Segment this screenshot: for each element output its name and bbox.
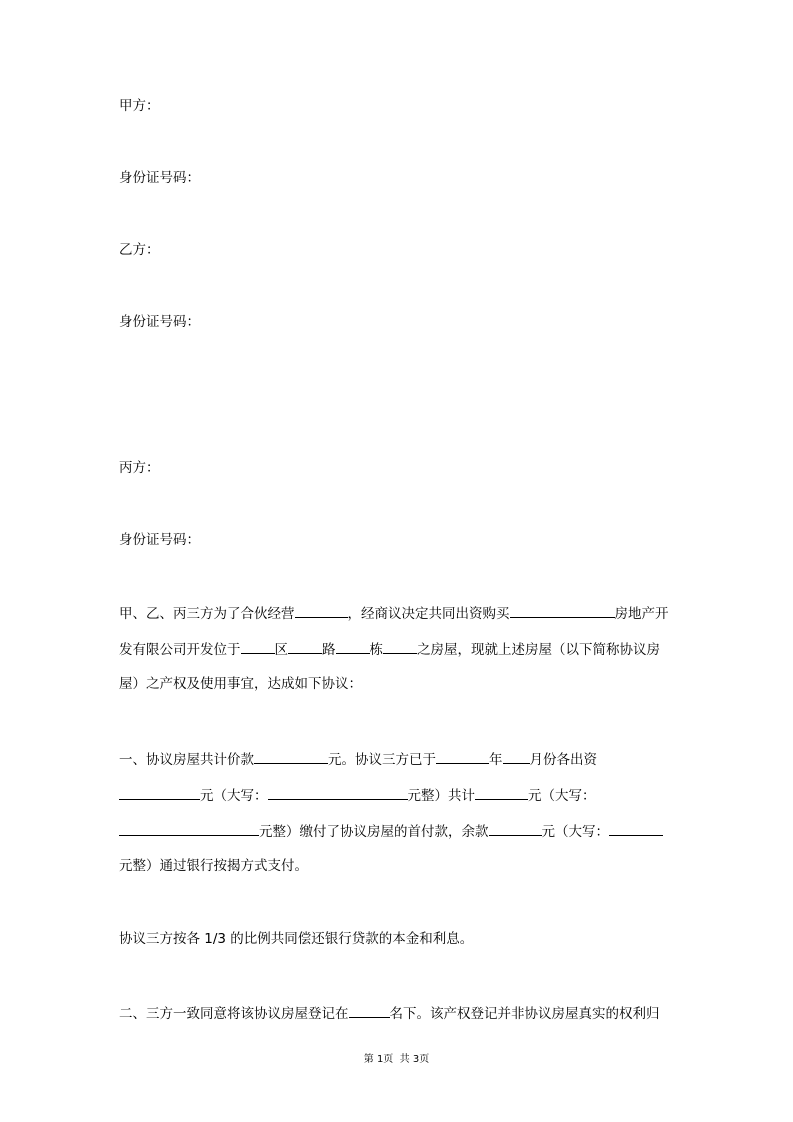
preamble-text: ，经商议决定共同出资购买 xyxy=(348,606,510,622)
clause-text: 元（大写： xyxy=(528,788,596,804)
page-footer: 第 1页 共 3页 xyxy=(0,1053,793,1067)
document-page: 甲方： 身份证号码： 乙方： 身份证号码： 丙方： 身份证号码： 甲、乙、丙三方… xyxy=(0,0,793,1122)
preamble-text: 区 xyxy=(275,642,289,658)
business-blank[interactable] xyxy=(295,603,348,618)
each-amount-blank[interactable] xyxy=(119,785,200,800)
clause-text: 元整）缴付了协议房屋的首付款，余款 xyxy=(259,824,489,840)
preamble-text: 房地产开 xyxy=(615,606,669,622)
preamble-text: 甲、乙、丙三方为了合伙经营 xyxy=(119,606,295,622)
month-blank[interactable] xyxy=(503,749,530,764)
clause-text: 名下。该产权登记并非协议房屋真实的权利归 xyxy=(390,1006,660,1022)
total-price-blank[interactable] xyxy=(254,749,328,764)
party-b-label: 乙方： xyxy=(119,241,160,259)
year-blank[interactable] xyxy=(436,749,489,764)
preamble-text: 之房屋，现就上述房屋（以下简称协议房 xyxy=(417,642,660,658)
clause1-line-2: 元（大写：元整）共计元（大写： xyxy=(119,785,596,805)
each-amount-words-blank[interactable] xyxy=(268,785,408,800)
clause1-line-3: 元整）缴付了协议房屋的首付款，余款元（大写： xyxy=(119,821,663,841)
total-paid-blank[interactable] xyxy=(475,785,528,800)
clause1-line-4: 元整）通过银行按揭方式支付。 xyxy=(119,857,308,875)
preamble-text: 发有限公司开发位于 xyxy=(119,642,241,658)
clause2-line-1: 二、三方一致同意将该协议房屋登记在名下。该产权登记并非协议房屋真实的权利归 xyxy=(119,1003,660,1023)
party-c-id-label: 身份证号码： xyxy=(119,531,200,549)
preamble-line-1: 甲、乙、丙三方为了合伙经营，经商议决定共同出资购买房地产开 xyxy=(119,603,669,623)
party-b-id-label: 身份证号码： xyxy=(119,313,200,331)
clause-text: 年 xyxy=(489,752,503,768)
total-paid-words-blank[interactable] xyxy=(119,821,259,836)
unit-blank[interactable] xyxy=(383,639,417,654)
balance-blank[interactable] xyxy=(489,821,542,836)
district-blank[interactable] xyxy=(241,639,275,654)
preamble-text: 路 xyxy=(322,642,336,658)
clause-text: 一、协议房屋共计价款 xyxy=(119,752,254,768)
building-blank[interactable] xyxy=(336,639,370,654)
developer-blank[interactable] xyxy=(510,603,615,618)
repayment-line: 协议三方按各 1/3 的比例共同偿还银行贷款的本金和利息。 xyxy=(119,930,473,948)
preamble-line-2: 发有限公司开发位于区路栋之房屋，现就上述房屋（以下简称协议房 xyxy=(119,639,660,659)
clause-text: 元（大写： xyxy=(200,788,268,804)
balance-words-blank[interactable] xyxy=(609,821,663,836)
clause-text: 元整）共计 xyxy=(408,788,476,804)
preamble-line-3: 屋）之产权及使用事宜，达成如下协议： xyxy=(119,675,362,693)
party-a-label: 甲方： xyxy=(119,97,160,115)
preamble-text: 栋 xyxy=(370,642,384,658)
party-a-id-label: 身份证号码： xyxy=(119,169,200,187)
clause-text: 二、三方一致同意将该协议房屋登记在 xyxy=(119,1006,349,1022)
road-blank[interactable] xyxy=(288,639,322,654)
clause-text: 月份各出资 xyxy=(530,752,598,768)
party-c-label: 丙方： xyxy=(119,459,160,477)
clause-text: 元。协议三方已于 xyxy=(328,752,436,768)
registrant-blank[interactable] xyxy=(349,1003,390,1018)
clause-text: 元（大写： xyxy=(542,824,610,840)
clause1-line-1: 一、协议房屋共计价款元。协议三方已于年月份各出资 xyxy=(119,749,597,769)
